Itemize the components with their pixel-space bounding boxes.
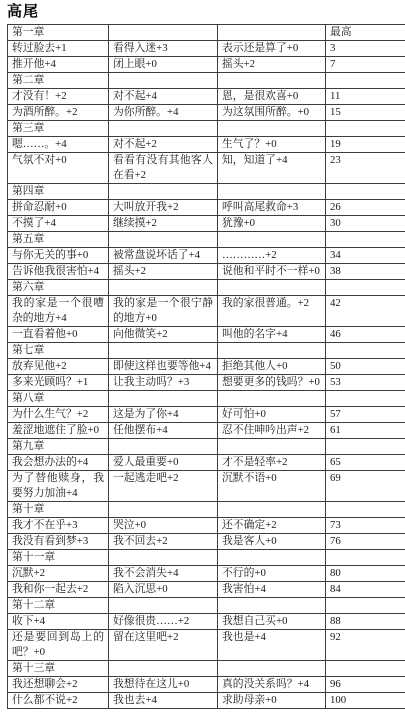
choice-cell-3: 拒绝其他人+0 bbox=[218, 359, 326, 375]
choice-cell-3 bbox=[218, 25, 326, 41]
choice-cell-2: 向他微笑+2 bbox=[109, 327, 218, 343]
choice-row: 收下+4 好像很贵……+2 我想自己买+0 88 bbox=[8, 614, 405, 630]
choice-cell-3 bbox=[218, 598, 326, 614]
choice-cell-2 bbox=[109, 550, 218, 566]
chapter-row: 第九章 bbox=[8, 439, 405, 455]
choice-cell-2: 闭上眼+0 bbox=[109, 57, 218, 73]
chapter-label: 第十章 bbox=[8, 502, 109, 518]
choice-cell-2: 即使这样也要等他+4 bbox=[109, 359, 218, 375]
choice-row: 一直看着他+0 向他微笑+2 叫他的名字+4 46 bbox=[8, 327, 405, 343]
max-cell bbox=[326, 343, 405, 359]
choice-row: 沉默+2 我不会消失+4 不行的+0 80 bbox=[8, 566, 405, 582]
choice-cell-2 bbox=[109, 661, 218, 677]
max-cell bbox=[326, 598, 405, 614]
choice-cell-3 bbox=[218, 391, 326, 407]
choice-cell-2: 大叫放开我+2 bbox=[109, 200, 218, 216]
max-cell bbox=[326, 280, 405, 296]
max-cell: 69 bbox=[326, 471, 405, 502]
choice-cell-3 bbox=[218, 550, 326, 566]
choice-row: 多来光顾吗？+1 让我主动吗？+3 想要更多的钱吗？+0 53 bbox=[8, 375, 405, 391]
choice-cell-3: 表示还是算了+0 bbox=[218, 41, 326, 57]
max-cell: 100 bbox=[326, 693, 405, 709]
choice-cell-1: 才没有！+2 bbox=[8, 89, 109, 105]
choice-row: 羞涩地遮住了脸+0 任他摆布+4 忍不住呻吟出声+2 61 bbox=[8, 423, 405, 439]
choice-cell-1: 我没有看到梦+3 bbox=[8, 534, 109, 550]
choice-cell-3: 知，知道了+4 bbox=[218, 153, 326, 184]
choice-cell-3: 犹豫+0 bbox=[218, 216, 326, 232]
chapter-row: 第十章 bbox=[8, 502, 405, 518]
max-cell: 84 bbox=[326, 582, 405, 598]
choice-cell-1: 一直看着他+0 bbox=[8, 327, 109, 343]
chapter-label: 第十二章 bbox=[8, 598, 109, 614]
choice-cell-3 bbox=[218, 502, 326, 518]
choice-cell-3: 呼叫高尾救命+3 bbox=[218, 200, 326, 216]
choice-row: 气氛不对+0 看看有没有其他客人在看+2 知，知道了+4 23 bbox=[8, 153, 405, 184]
chapter-row: 第二章 bbox=[8, 73, 405, 89]
max-cell: 57 bbox=[326, 407, 405, 423]
choice-cell-2: 看看有没有其他客人在看+2 bbox=[109, 153, 218, 184]
choice-cell-2 bbox=[109, 232, 218, 248]
max-column-header: 最高 bbox=[326, 25, 405, 41]
choice-cell-2: 留在这里吧+2 bbox=[109, 630, 218, 661]
choice-cell-2 bbox=[109, 184, 218, 200]
choice-cell-3 bbox=[218, 184, 326, 200]
choice-cell-3: 摇头+2 bbox=[218, 57, 326, 73]
choice-cell-3 bbox=[218, 439, 326, 455]
chapter-row: 第十二章 bbox=[8, 598, 405, 614]
choice-cell-3: 我的家很普通。+2 bbox=[218, 296, 326, 327]
max-cell: 50 bbox=[326, 359, 405, 375]
choice-cell-2: 摇头+2 bbox=[109, 264, 218, 280]
choice-cell-2 bbox=[109, 280, 218, 296]
choice-cell-2: 我也去+4 bbox=[109, 693, 218, 709]
choice-row: 不摸了+4 继续摸+2 犹豫+0 30 bbox=[8, 216, 405, 232]
max-cell: 15 bbox=[326, 105, 405, 121]
chapter-label: 第九章 bbox=[8, 439, 109, 455]
max-cell: 7 bbox=[326, 57, 405, 73]
chapter-label: 第十三章 bbox=[8, 661, 109, 677]
max-cell bbox=[326, 391, 405, 407]
choice-row: 嗯……。+4 对不起+2 生气了？+0 19 bbox=[8, 137, 405, 153]
choice-cell-1: 沉默+2 bbox=[8, 566, 109, 582]
chapter-label: 第十一章 bbox=[8, 550, 109, 566]
choice-cell-1: 拼命忍耐+0 bbox=[8, 200, 109, 216]
chapter-row: 第一章 最高 bbox=[8, 25, 405, 41]
chapter-row: 第六章 bbox=[8, 280, 405, 296]
max-cell: 42 bbox=[326, 296, 405, 327]
max-cell: 23 bbox=[326, 153, 405, 184]
choice-cell-1: 我会想办法的+4 bbox=[8, 455, 109, 471]
choice-cell-3: 我想自己买+0 bbox=[218, 614, 326, 630]
chapter-label: 第五章 bbox=[8, 232, 109, 248]
max-cell: 11 bbox=[326, 89, 405, 105]
choice-cell-3: 为这氛围所醉。+0 bbox=[218, 105, 326, 121]
max-cell: 26 bbox=[326, 200, 405, 216]
choice-cell-1: 收下+4 bbox=[8, 614, 109, 630]
chapter-label: 第六章 bbox=[8, 280, 109, 296]
choice-cell-2 bbox=[109, 121, 218, 137]
choice-row: 为了替他赎身，我要努力加油+4 一起逃走吧+2 沉默不语+0 69 bbox=[8, 471, 405, 502]
choice-cell-2 bbox=[109, 598, 218, 614]
choice-row: 我还想聊会+2 我想待在这儿+0 真的没关系吗？+4 96 bbox=[8, 677, 405, 693]
choice-cell-3: 求助母亲+0 bbox=[218, 693, 326, 709]
choice-cell-2: 这是为了你+4 bbox=[109, 407, 218, 423]
choice-row: 推开他+4 闭上眼+0 摇头+2 7 bbox=[8, 57, 405, 73]
choice-row: 我和你一起去+2 陷入沉思+0 我害怕+4 84 bbox=[8, 582, 405, 598]
choice-cell-2: 我不会消失+4 bbox=[109, 566, 218, 582]
max-cell: 76 bbox=[326, 534, 405, 550]
choice-cell-2: 一起逃走吧+2 bbox=[109, 471, 218, 502]
max-cell bbox=[326, 232, 405, 248]
choice-row: 我才不在乎+3 哭泣+0 还不确定+2 73 bbox=[8, 518, 405, 534]
choice-cell-1: 为了替他赎身，我要努力加油+4 bbox=[8, 471, 109, 502]
choice-cell-1: 嗯……。+4 bbox=[8, 137, 109, 153]
choice-cell-2 bbox=[109, 73, 218, 89]
choice-cell-2: 继续摸+2 bbox=[109, 216, 218, 232]
max-cell: 65 bbox=[326, 455, 405, 471]
chapter-row: 第七章 bbox=[8, 343, 405, 359]
max-cell: 73 bbox=[326, 518, 405, 534]
max-cell: 30 bbox=[326, 216, 405, 232]
chapter-row: 第八章 bbox=[8, 391, 405, 407]
max-cell: 46 bbox=[326, 327, 405, 343]
choice-row: 告诉他我很害怕+4 摇头+2 说他和平时不一样+0 38 bbox=[8, 264, 405, 280]
choice-cell-3: 我害怕+4 bbox=[218, 582, 326, 598]
chapter-label: 第一章 bbox=[8, 25, 109, 41]
max-cell bbox=[326, 661, 405, 677]
chapter-label: 第八章 bbox=[8, 391, 109, 407]
max-cell bbox=[326, 73, 405, 89]
max-cell bbox=[326, 121, 405, 137]
choice-cell-3: 真的没关系吗？+4 bbox=[218, 677, 326, 693]
choice-cell-2 bbox=[109, 439, 218, 455]
choice-cell-2 bbox=[109, 391, 218, 407]
choice-cell-3 bbox=[218, 232, 326, 248]
choice-cell-3 bbox=[218, 343, 326, 359]
page-title: 高尾 bbox=[7, 3, 405, 21]
choice-row: 才没有！+2 对不起+4 恩，是很欢喜+0 11 bbox=[8, 89, 405, 105]
max-cell bbox=[326, 184, 405, 200]
choice-cell-2 bbox=[109, 502, 218, 518]
choice-cell-2: 对不起+2 bbox=[109, 137, 218, 153]
max-cell: 53 bbox=[326, 375, 405, 391]
choice-cell-2: 对不起+4 bbox=[109, 89, 218, 105]
choice-cell-3: 沉默不语+0 bbox=[218, 471, 326, 502]
max-cell: 88 bbox=[326, 614, 405, 630]
chapter-row: 第四章 bbox=[8, 184, 405, 200]
choice-cell-3: 我是客人+0 bbox=[218, 534, 326, 550]
choice-cell-1: 我才不在乎+3 bbox=[8, 518, 109, 534]
choice-row: 我没有看到梦+3 我不回去+2 我是客人+0 76 bbox=[8, 534, 405, 550]
guide-table: 第一章 最高 转过脸去+1 看得入迷+3 表示还是算了+0 3 推开他+4 闭上… bbox=[7, 24, 405, 709]
choice-cell-2: 爱人最重要+0 bbox=[109, 455, 218, 471]
choice-cell-3: 好可怕+0 bbox=[218, 407, 326, 423]
choice-cell-1: 告诉他我很害怕+4 bbox=[8, 264, 109, 280]
choice-cell-2: 看得入迷+3 bbox=[109, 41, 218, 57]
choice-cell-2: 我不回去+2 bbox=[109, 534, 218, 550]
choice-cell-3: 不行的+0 bbox=[218, 566, 326, 582]
chapter-row: 第十三章 bbox=[8, 661, 405, 677]
chapter-row: 第五章 bbox=[8, 232, 405, 248]
choice-cell-2: 被常盘说坏话了+4 bbox=[109, 248, 218, 264]
max-cell: 96 bbox=[326, 677, 405, 693]
choice-cell-3 bbox=[218, 661, 326, 677]
choice-cell-2: 为你所醉。+4 bbox=[109, 105, 218, 121]
choice-cell-3: …………+2 bbox=[218, 248, 326, 264]
choice-cell-2: 任他摆布+4 bbox=[109, 423, 218, 439]
choice-row: 什么都不说+2 我也去+4 求助母亲+0 100 bbox=[8, 693, 405, 709]
choice-cell-2: 好像很贵……+2 bbox=[109, 614, 218, 630]
choice-cell-3: 还不确定+2 bbox=[218, 518, 326, 534]
max-cell: 92 bbox=[326, 630, 405, 661]
max-cell: 34 bbox=[326, 248, 405, 264]
choice-cell-3: 生气了？+0 bbox=[218, 137, 326, 153]
choice-row: 放弃见他+2 即使这样也要等他+4 拒绝其他人+0 50 bbox=[8, 359, 405, 375]
max-cell bbox=[326, 439, 405, 455]
choice-cell-1: 为什么生气？+2 bbox=[8, 407, 109, 423]
max-cell: 3 bbox=[326, 41, 405, 57]
max-cell: 19 bbox=[326, 137, 405, 153]
choice-cell-3: 叫他的名字+4 bbox=[218, 327, 326, 343]
choice-cell-1: 我和你一起去+2 bbox=[8, 582, 109, 598]
chapter-row: 第十一章 bbox=[8, 550, 405, 566]
choice-cell-1: 什么都不说+2 bbox=[8, 693, 109, 709]
choice-cell-1: 与你无关的事+0 bbox=[8, 248, 109, 264]
guide-table-body: 第一章 最高 转过脸去+1 看得入迷+3 表示还是算了+0 3 推开他+4 闭上… bbox=[8, 25, 405, 709]
choice-cell-1: 羞涩地遮住了脸+0 bbox=[8, 423, 109, 439]
choice-cell-1: 为酒所醉。+2 bbox=[8, 105, 109, 121]
choice-cell-2: 陷入沉思+0 bbox=[109, 582, 218, 598]
choice-row: 为什么生气？+2 这是为了你+4 好可怕+0 57 bbox=[8, 407, 405, 423]
choice-cell-1: 我还想聊会+2 bbox=[8, 677, 109, 693]
choice-cell-2 bbox=[109, 343, 218, 359]
choice-cell-1: 气氛不对+0 bbox=[8, 153, 109, 184]
choice-cell-3: 恩，是很欢喜+0 bbox=[218, 89, 326, 105]
chapter-label: 第四章 bbox=[8, 184, 109, 200]
choice-row: 还是要回到岛上的吧？+0 留在这里吧+2 我也是+4 92 bbox=[8, 630, 405, 661]
chapter-label: 第七章 bbox=[8, 343, 109, 359]
max-cell bbox=[326, 550, 405, 566]
max-cell: 38 bbox=[326, 264, 405, 280]
choice-cell-3 bbox=[218, 73, 326, 89]
choice-cell-3: 才不是轻率+2 bbox=[218, 455, 326, 471]
choice-cell-1: 多来光顾吗？+1 bbox=[8, 375, 109, 391]
choice-cell-1: 还是要回到岛上的吧？+0 bbox=[8, 630, 109, 661]
choice-cell-1: 不摸了+4 bbox=[8, 216, 109, 232]
choice-cell-1: 转过脸去+1 bbox=[8, 41, 109, 57]
choice-cell-2: 让我主动吗？+3 bbox=[109, 375, 218, 391]
choice-row: 转过脸去+1 看得入迷+3 表示还是算了+0 3 bbox=[8, 41, 405, 57]
max-cell bbox=[326, 502, 405, 518]
choice-cell-2 bbox=[109, 25, 218, 41]
choice-cell-2: 我的家是一个很宁静的地方+0 bbox=[109, 296, 218, 327]
choice-cell-3 bbox=[218, 121, 326, 137]
choice-row: 我的家是一个很嘈杂的地方+4 我的家是一个很宁静的地方+0 我的家很普通。+2 … bbox=[8, 296, 405, 327]
choice-cell-3 bbox=[218, 280, 326, 296]
chapter-row: 第三章 bbox=[8, 121, 405, 137]
choice-row: 拼命忍耐+0 大叫放开我+2 呼叫高尾救命+3 26 bbox=[8, 200, 405, 216]
choice-cell-2: 哭泣+0 bbox=[109, 518, 218, 534]
choice-cell-1: 推开他+4 bbox=[8, 57, 109, 73]
choice-row: 与你无关的事+0 被常盘说坏话了+4 …………+2 34 bbox=[8, 248, 405, 264]
choice-cell-3: 想要更多的钱吗？+0 bbox=[218, 375, 326, 391]
choice-cell-3: 我也是+4 bbox=[218, 630, 326, 661]
choice-cell-2: 我想待在这儿+0 bbox=[109, 677, 218, 693]
choice-row: 为酒所醉。+2 为你所醉。+4 为这氛围所醉。+0 15 bbox=[8, 105, 405, 121]
max-cell: 80 bbox=[326, 566, 405, 582]
choice-cell-1: 我的家是一个很嘈杂的地方+4 bbox=[8, 296, 109, 327]
choice-row: 我会想办法的+4 爱人最重要+0 才不是轻率+2 65 bbox=[8, 455, 405, 471]
page: 高尾 第一章 最高 转过脸去+1 看得入迷+3 表示还是算了+0 3 推开他+4… bbox=[0, 3, 405, 720]
max-cell: 61 bbox=[326, 423, 405, 439]
choice-cell-1: 放弃见他+2 bbox=[8, 359, 109, 375]
choice-cell-3: 忍不住呻吟出声+2 bbox=[218, 423, 326, 439]
choice-cell-3: 说他和平时不一样+0 bbox=[218, 264, 326, 280]
chapter-label: 第三章 bbox=[8, 121, 109, 137]
chapter-label: 第二章 bbox=[8, 73, 109, 89]
